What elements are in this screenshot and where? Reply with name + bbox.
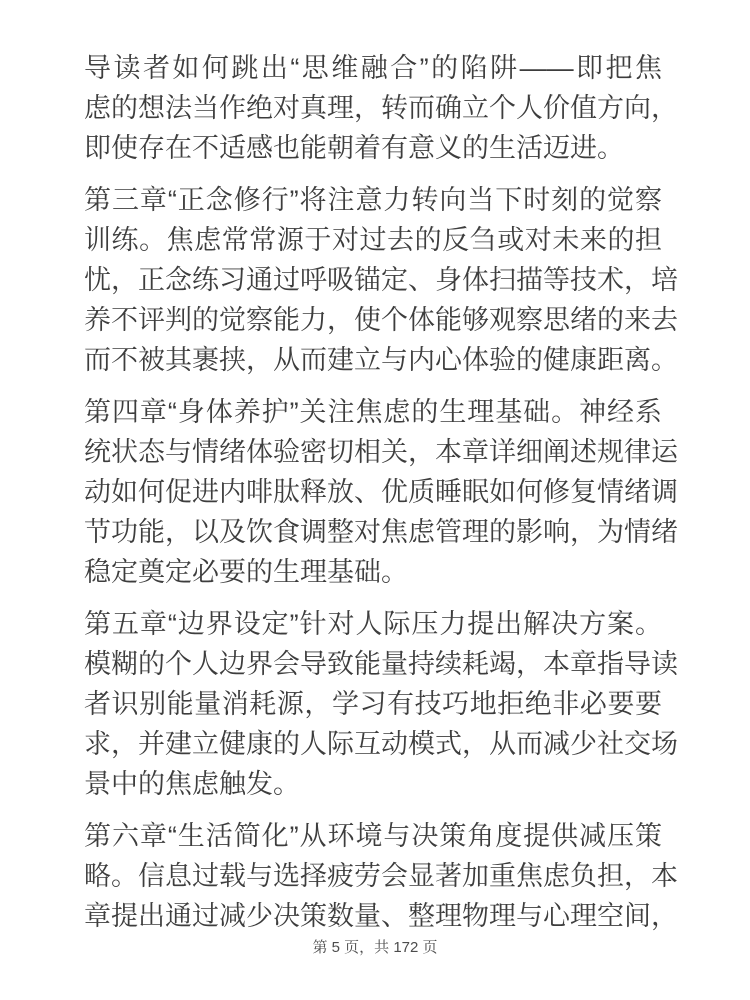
document-page: 导读者如何跳出“思维融合”的陷阱——即把焦 虑的想法当作绝对真理，转而确立个人价… <box>0 0 750 1000</box>
text-line: 即使存在不适感也能朝着有意义的生活迈进。 <box>84 128 662 168</box>
text-line: 动如何促进内啡肽释放、优质睡眠如何修复情绪调 <box>84 472 662 512</box>
paragraph-2: 第三章“正念修行”将注意力转向当下时刻的觉察 训练。焦虑常常源于对过去的反刍或对… <box>84 180 662 380</box>
text-line: 虑的想法当作绝对真理，转而确立个人价值方向， <box>84 88 662 128</box>
text-line: 第五章“边界设定”针对人际压力提出解决方案。 <box>84 604 662 644</box>
page-body: 导读者如何跳出“思维融合”的陷阱——即把焦 虑的想法当作绝对真理，转而确立个人价… <box>84 48 662 948</box>
text-line: 统状态与情绪体验密切相关，本章详细阐述规律运 <box>84 432 662 472</box>
text-line: 略。信息过载与选择疲劳会显著加重焦虑负担，本 <box>84 856 662 896</box>
text-line: 导读者如何跳出“思维融合”的陷阱——即把焦 <box>84 48 662 88</box>
text-line: 训练。焦虑常常源于对过去的反刍或对未来的担 <box>84 220 662 260</box>
text-line: 求，并建立健康的人际互动模式，从而减少社交场 <box>84 724 662 764</box>
text-line: 忧，正念练习通过呼吸锚定、身体扫描等技术，培 <box>84 260 662 300</box>
text-line: 而不被其裹挟，从而建立与内心体验的健康距离。 <box>84 340 662 380</box>
text-line: 第四章“身体养护”关注焦虑的生理基础。神经系 <box>84 392 662 432</box>
text-line: 养不评判的觉察能力，使个体能够观察思绪的来去 <box>84 300 662 340</box>
text-line: 节功能，以及饮食调整对焦虑管理的影响，为情绪 <box>84 512 662 552</box>
paragraph-5: 第六章“生活简化”从环境与决策角度提供减压策 略。信息过载与选择疲劳会显著加重焦… <box>84 816 662 936</box>
text-line: 者识别能量消耗源，学习有技巧地拒绝非必要要 <box>84 684 662 724</box>
text-line: 第六章“生活简化”从环境与决策角度提供减压策 <box>84 816 662 856</box>
text-line: 章提出通过减少决策数量、整理物理与心理空间， <box>84 896 662 936</box>
paragraph-4: 第五章“边界设定”针对人际压力提出解决方案。 模糊的个人边界会导致能量持续耗竭，… <box>84 604 662 804</box>
text-line: 景中的焦虑触发。 <box>84 764 662 804</box>
text-line: 第三章“正念修行”将注意力转向当下时刻的觉察 <box>84 180 662 220</box>
page-footer: 第 5 页，共 172 页 <box>0 938 750 958</box>
paragraph-1: 导读者如何跳出“思维融合”的陷阱——即把焦 虑的想法当作绝对真理，转而确立个人价… <box>84 48 662 168</box>
paragraph-3: 第四章“身体养护”关注焦虑的生理基础。神经系 统状态与情绪体验密切相关，本章详细… <box>84 392 662 592</box>
text-line: 稳定奠定必要的生理基础。 <box>84 552 662 592</box>
text-line: 模糊的个人边界会导致能量持续耗竭，本章指导读 <box>84 644 662 684</box>
